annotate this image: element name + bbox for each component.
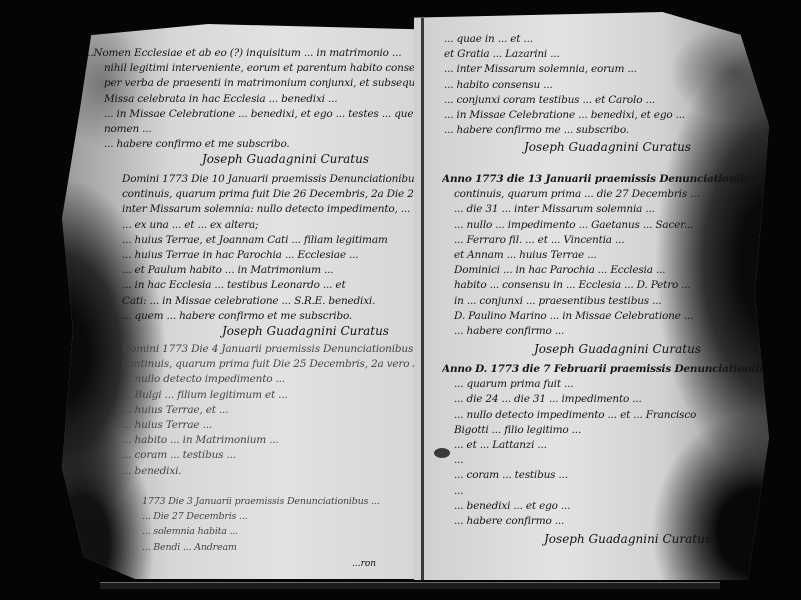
text-line: inter Missarum solemnia: nullo detecto i… — [122, 202, 427, 217]
text-line: ... habito consensu ... — [444, 78, 685, 93]
text-line: continuis, quarum prima fuit Die 25 Dece… — [122, 357, 427, 372]
text-line: Bigotti ... filio legitimo ... — [442, 423, 769, 438]
text-line: ... Ferraro fil. ... et ... Vincentia ..… — [442, 233, 769, 248]
right-continuation-text: ... quae in ... et ... et Gratia ... Laz… — [444, 32, 685, 138]
text-line: ... die 24 ... die 31 ... impedimento ..… — [442, 392, 769, 407]
book-spine — [421, 18, 424, 580]
text-line: ... Bulgi ... filium legitimum et ... — [122, 388, 427, 403]
text-line: ... huius Terrae ... — [122, 418, 427, 433]
right-entry-1: Anno 1773 die 13 Januarii praemissis Den… — [442, 172, 769, 339]
text-line: ... et Paulum habito ... in Matrimonium … — [122, 263, 427, 278]
text-line: et Gratia ... Lazarini ... — [444, 47, 685, 62]
text-line: ... huius Terrae in hac Parochia ... Ecc… — [122, 248, 427, 263]
text-line: ... ex una ... et ... ex altera; — [122, 218, 427, 233]
text-line: ... in Missae Celebratione ... benedixi,… — [444, 108, 685, 123]
text-line: Domini 1773 Die 10 Januarii praemissis D… — [122, 172, 427, 187]
ink-blot — [434, 448, 450, 458]
text-line: per verba de praesenti in matrimonium co… — [84, 76, 427, 91]
text-line: D. Paulino Marino ... in Missae Celebrat… — [442, 309, 769, 324]
text-line: ... quae in ... et ... — [444, 32, 685, 47]
text-line: ... habere confirmo ... — [442, 324, 769, 339]
left-page: ...Nomen Ecclesiae et ab eo (?) inquisit… — [62, 24, 427, 579]
text-line: Anno D. 1773 die 7 Februarii praemissis … — [442, 362, 769, 377]
text-line: ... Die 27 Decembris ... — [142, 509, 380, 524]
text-line: ... benedixi. — [122, 464, 427, 479]
text-line: ... in hac Ecclesia ... testibus Leonard… — [122, 278, 427, 293]
text-line: continuis, quarum prima ... die 27 Decem… — [442, 187, 769, 202]
left-continuation-text: ...Nomen Ecclesiae et ab eo (?) inquisit… — [84, 46, 427, 152]
text-line: ... habere confirmo me ... subscribo. — [444, 123, 685, 138]
text-line: nihil legitimi interveniente, eorum et p… — [84, 61, 427, 76]
text-line: ... huius Terrae, et Joannam Cati ... fi… — [122, 233, 427, 248]
text-line: ... die 31 ... inter Missarum solemnia .… — [442, 202, 769, 217]
text-line: ... nullo detecto impedimento ... — [122, 372, 427, 387]
text-line: Anno 1773 die 13 Januarii praemissis Den… — [442, 172, 769, 187]
text-line: ... — [442, 453, 769, 468]
text-line: ...Nomen Ecclesiae et ab eo (?) inquisit… — [84, 46, 427, 61]
text-line: ... conjunxi coram testibus ... et Carol… — [444, 93, 685, 108]
text-line: ... benedixi ... et ego ... — [442, 499, 769, 514]
text-line: Dominici ... in hac Parochia ... Ecclesi… — [442, 263, 769, 278]
text-line: nomen ... — [84, 122, 427, 137]
text-line: in ... conjunxi ... praesentibus testibu… — [442, 294, 769, 309]
text-line: Domini 1773 Die 4 Januarii praemissis De… — [122, 342, 427, 357]
left-entry-3: 1773 Die 3 Januarii praemissis Denunciat… — [142, 494, 380, 555]
signature: Joseph Guadagnini Curatus — [534, 342, 701, 356]
text-line: ... solemnia habita ... — [142, 524, 380, 539]
text-line: ... habere confirmo et me subscribo. — [84, 137, 427, 152]
signature: Joseph Guadagnini Curatus — [222, 324, 389, 338]
right-entry-2: Anno D. 1773 die 7 Februarii praemissis … — [442, 362, 769, 529]
manuscript-scan: ...Nomen Ecclesiae et ab eo (?) inquisit… — [0, 0, 801, 600]
text-line: ... habito ... in Matrimonium ... — [122, 433, 427, 448]
catchword: ...ron — [352, 559, 376, 569]
text-line: ... coram ... testibus ... — [442, 468, 769, 483]
left-entry-2: Domini 1773 Die 4 Januarii praemissis De… — [122, 342, 427, 479]
text-line: ... habere confirmo ... — [442, 514, 769, 529]
text-line: 1773 Die 3 Januarii praemissis Denunciat… — [142, 494, 380, 509]
text-line: continuis, quarum prima fuit Die 26 Dece… — [122, 187, 427, 202]
text-line: ... nullo detecto impedimento ... et ...… — [442, 408, 769, 423]
text-line: ... in Missae Celebratione ... benedixi,… — [84, 107, 427, 122]
text-line: ... quarum prima fuit ... — [442, 377, 769, 392]
signature: Joseph Guadagnini Curatus — [544, 532, 711, 546]
text-line: ... nullo ... impedimento ... Gaetanus .… — [442, 218, 769, 233]
text-line: ... quem ... habere confirmo et me subsc… — [122, 309, 427, 324]
book-bottom-edge — [100, 582, 720, 589]
signature: Joseph Guadagnini Curatus — [202, 152, 369, 166]
text-line: Missa celebrata in hac Ecclesia ... bene… — [84, 92, 427, 107]
text-line: ... Bendi ... Andream — [142, 540, 380, 555]
text-line: ... coram ... testibus ... — [122, 448, 427, 463]
text-line: habito ... consensu in ... Ecclesia ... … — [442, 278, 769, 293]
right-page: ... quae in ... et ... et Gratia ... Laz… — [414, 12, 769, 580]
signature: Joseph Guadagnini Curatus — [524, 140, 691, 154]
text-line: ... huius Terrae, et ... — [122, 403, 427, 418]
text-line: ... et ... Lattanzi ... — [442, 438, 769, 453]
text-line: ... inter Missarum solemnia, eorum ... — [444, 62, 685, 77]
left-entry-1: Domini 1773 Die 10 Januarii praemissis D… — [122, 172, 427, 324]
text-line: et Annam ... huius Terrae ... — [442, 248, 769, 263]
text-line: ... — [442, 484, 769, 499]
text-line: Cati: ... in Missae celebratione ... S.R… — [122, 294, 427, 309]
